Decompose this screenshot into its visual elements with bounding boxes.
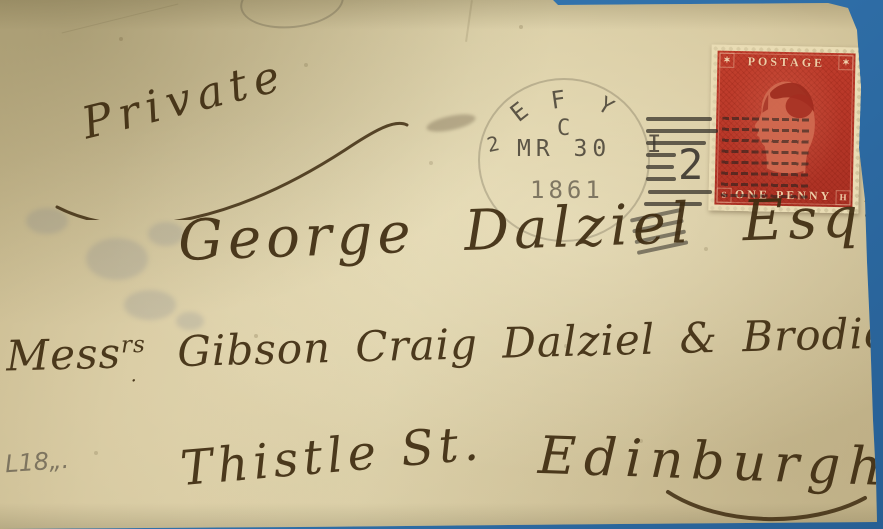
superscript-dot-mark: . [130, 364, 138, 386]
datestamp-right-letter: I [647, 130, 661, 158]
firm-prefix-superscript: rs [121, 332, 147, 359]
pencil-note: L18„. [4, 446, 70, 478]
firm-prefix: Mess [6, 329, 122, 381]
envelope: POSTAGE ONE PENNY ✶ ✶ S H [0, 0, 883, 529]
recipient-honorific-superscript: re [862, 187, 883, 224]
datestamp-date: MR 30 [517, 136, 611, 162]
address-line-city: Edinburgh [537, 426, 883, 498]
recipient-honorific: Esq [741, 185, 864, 254]
photograph-background: POSTAGE ONE PENNY ✶ ✶ S H [0, 0, 883, 529]
